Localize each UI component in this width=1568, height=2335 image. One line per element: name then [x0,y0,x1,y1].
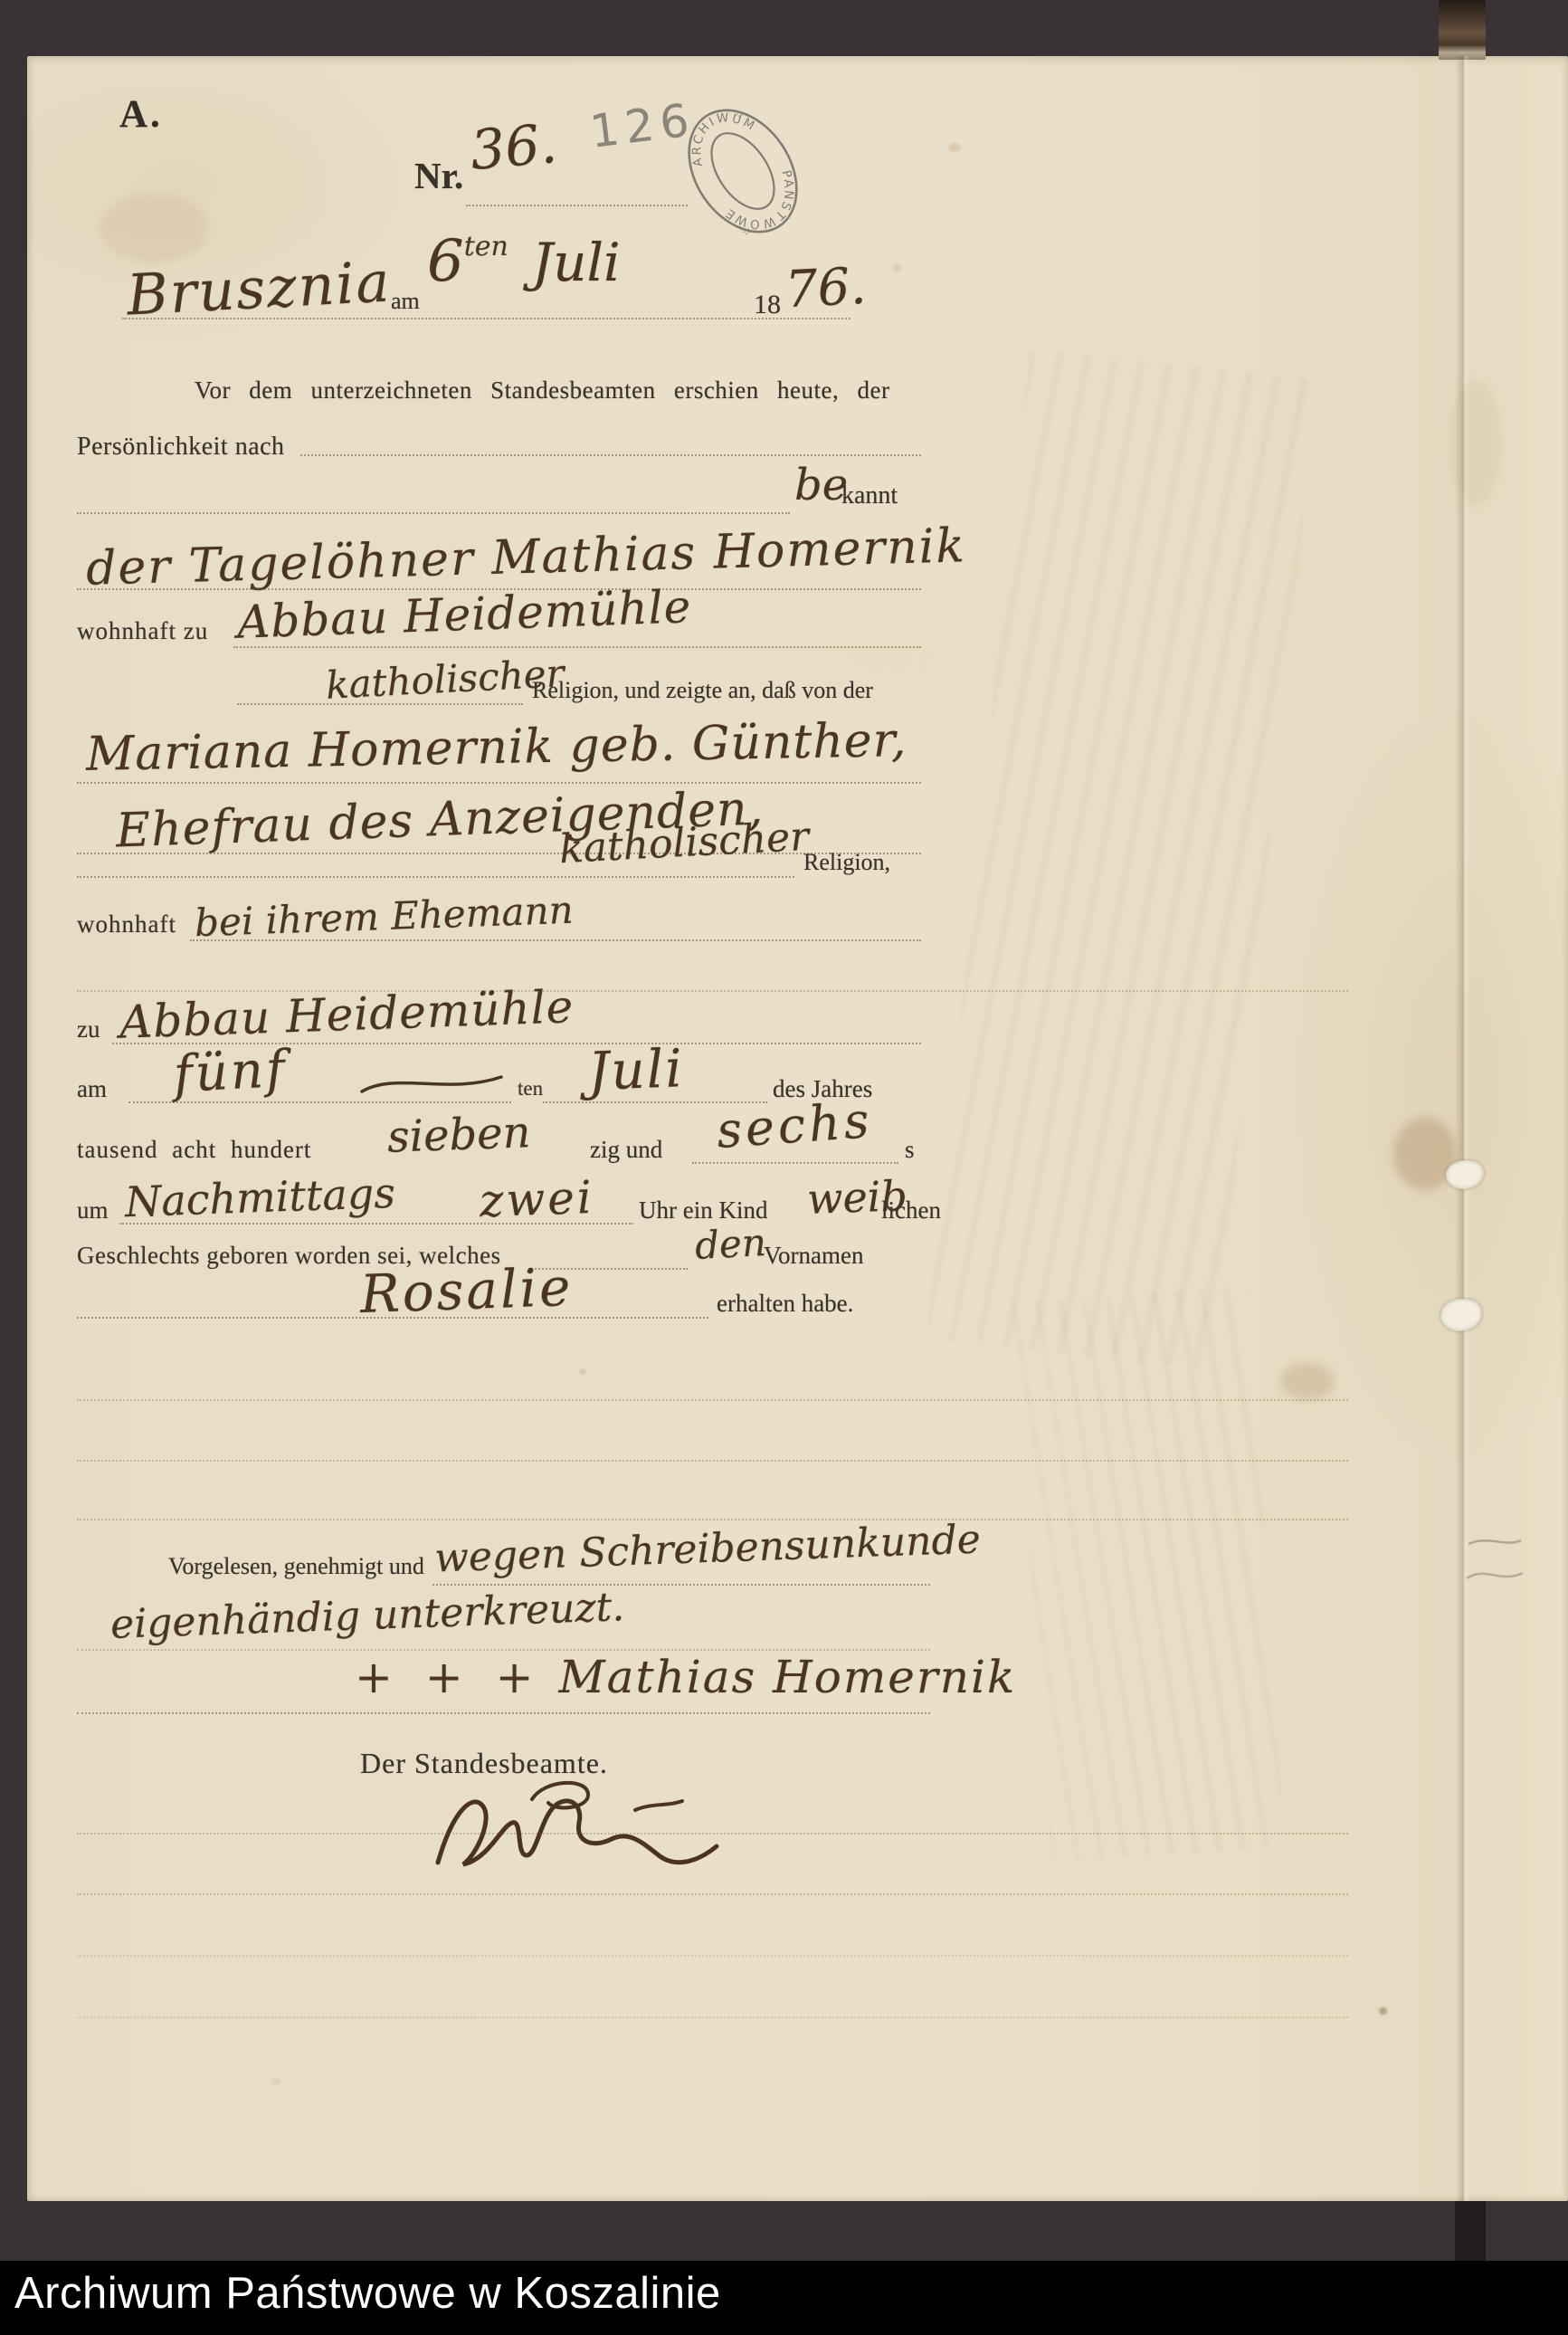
date-day-suffix: ten [464,231,508,262]
zu-label: zu [77,1015,100,1044]
am2-label: am [77,1075,107,1103]
foxing-dot [271,2078,280,2085]
dotted-line [432,1584,930,1586]
date-value: 6ten Juli [427,228,621,295]
year-ones: sechs [715,1091,874,1159]
signature-cross-marks: + + + [355,1651,542,1703]
am-label: am [391,288,420,315]
dotted-line [237,703,523,705]
date-day: 6 [427,228,464,295]
pencil-scribble [1461,1531,1528,1607]
personality-label: Persönlichkeit nach [77,433,285,462]
archive-caption: Archiwum Państwowe w Koszalinie [14,2268,721,2319]
dotted-line [77,2016,1348,2018]
declarant-signature-row: + + + Mathias Homernik [355,1651,1016,1703]
dotted-line [233,646,921,648]
dotted-line [77,1460,1348,1462]
foxing-dot [892,264,901,272]
corner-letter: A. [119,92,163,137]
dotted-line [119,1223,633,1225]
official-signature [425,1776,729,1902]
daytime-value: Nachmittags [124,1168,396,1226]
intro-line: Vor dem unterzeichneten Standesbeamten e… [195,376,890,405]
erhalten-label: erhalten habe. [717,1290,853,1318]
bekannt-printed: kannt [841,481,898,510]
page-gap-shadow [1455,2201,1486,2261]
place-value: Brusznia [125,248,393,328]
ten-label: ten [518,1077,543,1101]
religion2-label: Religion, [803,849,890,876]
foxing-dot [579,1368,586,1375]
dotted-line [77,876,794,878]
year-decade: sieben [386,1107,531,1162]
dotted-line [128,1101,511,1103]
pen-flourish [360,1068,505,1097]
dotted-line [77,1955,1348,1957]
year-words-label: tausend acht hundert [77,1136,311,1164]
closing-label: Vorgelesen, genehmigt und [168,1553,424,1580]
wohnhaft-label: wohnhaft [77,910,176,939]
child-name: Rosalie [359,1256,575,1325]
year-prefix-label: 18 [754,290,781,320]
s-label: s [905,1136,915,1164]
lichen-label: lichen [881,1196,941,1225]
religion1-label: Religion, und zeigte an, daß von der [532,677,873,704]
dotted-line [466,205,688,206]
archive-caption-bar: Archiwum Państwowe w Koszalinie [0,2261,1568,2335]
vornamen-label: Vornamen [764,1242,863,1270]
dotted-line [692,1162,898,1164]
record-number-label: Nr. [414,154,463,197]
um-label: um [77,1196,109,1225]
dotted-line [77,1893,1348,1895]
foxing-dot [1379,2007,1387,2015]
year-value: 76. [784,257,867,320]
dotted-line [77,782,921,784]
birth-month: Juli [587,1037,685,1102]
wohnhaft-zu-label: wohnhaft zu [77,617,208,645]
bekannt-handwritten: be [794,460,848,510]
record-number-value: 36. [468,112,559,183]
dotted-line [77,1833,1348,1835]
paper-stain [1448,380,1502,507]
archival-scan-page: A. Nr. 36. 126 ARCHIWUM PAŃSTWOWE ☆ ☆ Br… [0,0,1568,2335]
dotted-line [300,454,921,456]
paper-fold-crease [1455,56,1471,2201]
paper-stain [1280,1362,1335,1400]
signature-name: Mathias Homernik [558,1651,1016,1703]
zig-und-label: zig und [590,1136,662,1164]
dotted-line [77,1399,1348,1401]
foxing-dot [948,143,961,152]
hour-value: zwei [479,1171,595,1227]
den-handwritten: den [694,1220,767,1268]
dotted-line [77,1317,708,1319]
date-month: Juli [532,232,621,293]
dotted-line [122,318,851,319]
dotted-line [77,512,790,514]
ink-showthrough [1012,1287,1287,1863]
dotted-line [77,1519,1348,1520]
dotted-line [77,1712,930,1714]
binding-notch [1439,0,1486,60]
birth-day: fünf [172,1040,289,1104]
paper-stain [100,195,208,262]
dotted-line [190,939,921,941]
